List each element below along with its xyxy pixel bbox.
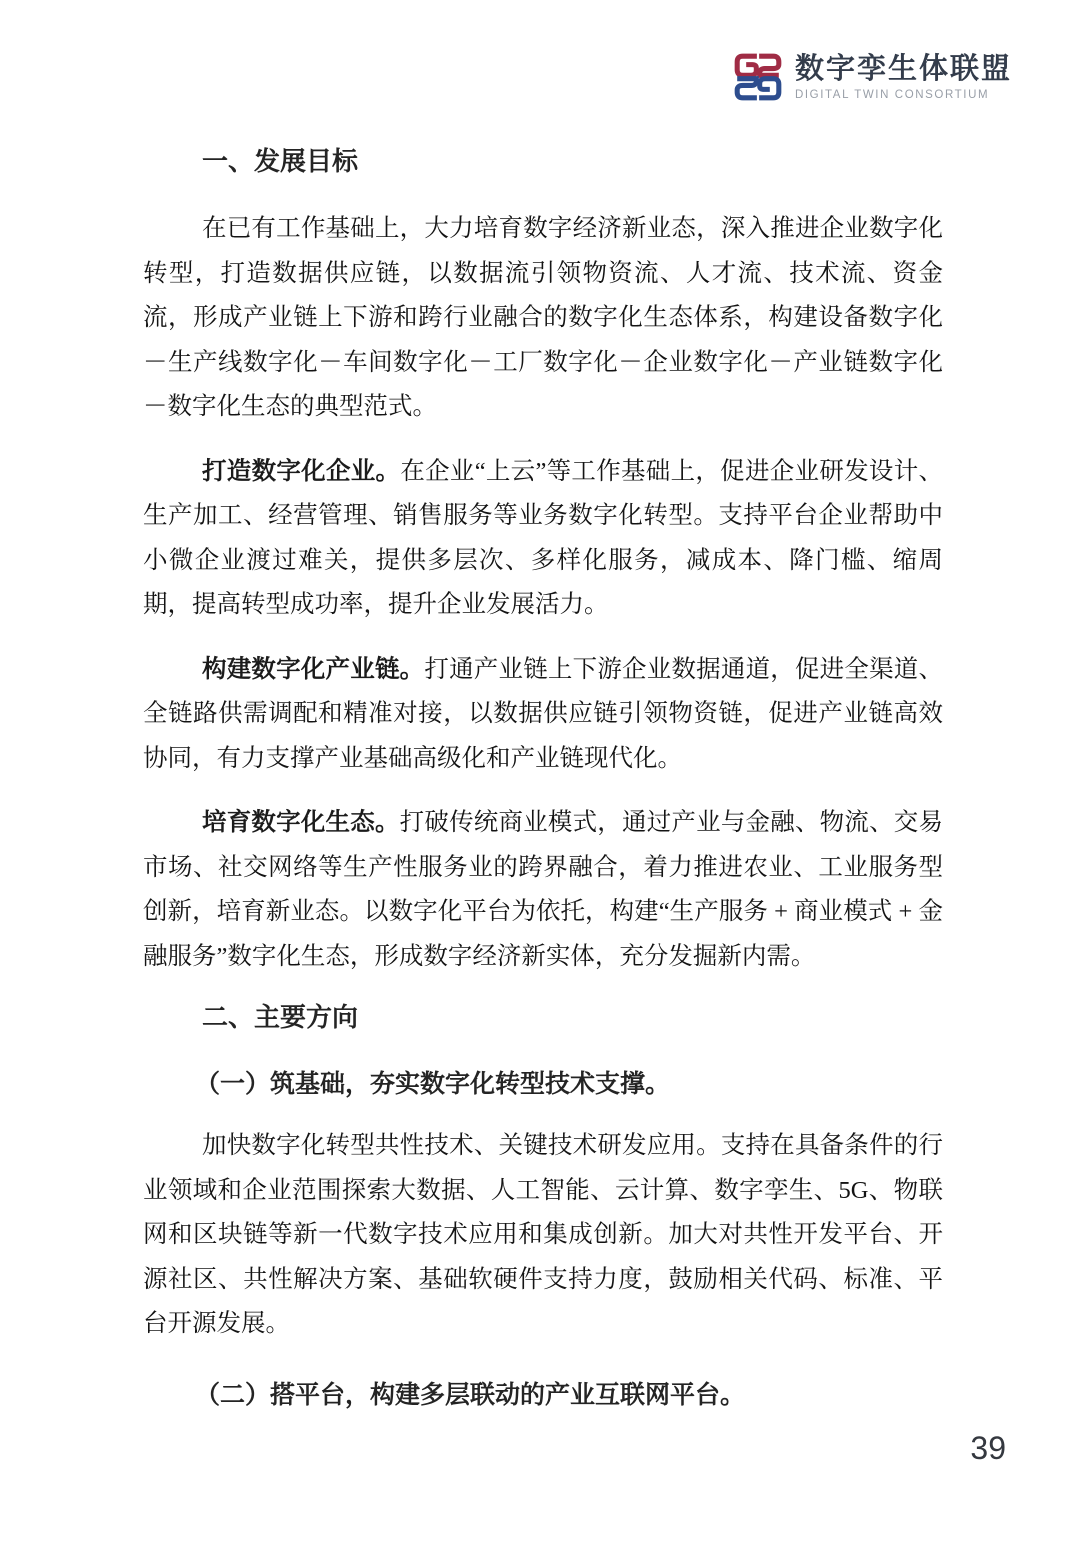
logo-name-en: DIGITAL TWIN CONSORTIUM bbox=[795, 89, 1012, 101]
paragraph-digital-ecosystem: 培育数字化生态。打破传统商业模式，通过产业与金融、物流、交易市场、社交网络等生产… bbox=[143, 801, 943, 979]
paragraph-lead: 打造数字化企业。 bbox=[202, 458, 400, 485]
logo: 数字孪生体联盟 DIGITAL TWIN CONSORTIUM bbox=[731, 50, 1012, 104]
paragraph-digital-enterprise: 打造数字化企业。在企业“上云”等工作基础上，促进企业研发设计、生产加工、经营管理… bbox=[143, 450, 943, 628]
page-number: 39 bbox=[970, 1430, 1006, 1467]
document-page: 数字孪生体联盟 DIGITAL TWIN CONSORTIUM 一、发展目标 在… bbox=[0, 0, 1080, 1555]
subheading-build-foundation: （一）筑基础，夯实数字化转型技术支撑。 bbox=[143, 1066, 943, 1102]
paragraph-digital-industry-chain: 构建数字化产业链。打通产业链上下游企业数据通道，促进全渠道、全链路供需调配和精准… bbox=[143, 648, 943, 782]
paragraph-overview: 在已有工作基础上，大力培育数字经济新业态，深入推进企业数字化转型，打造数据供应链… bbox=[143, 207, 943, 430]
section-heading-development-goals: 一、发展目标 bbox=[143, 143, 943, 179]
digital-twin-logo-icon bbox=[731, 50, 785, 104]
logo-name-cn: 数字孪生体联盟 bbox=[795, 53, 1012, 86]
section-heading-main-directions: 二、主要方向 bbox=[143, 999, 943, 1035]
subheading-build-platform: （二）搭平台，构建多层联动的产业互联网平台。 bbox=[143, 1377, 943, 1413]
paragraph-lead: 培育数字化生态。 bbox=[202, 809, 400, 836]
document-content: 一、发展目标 在已有工作基础上，大力培育数字经济新业态，深入推进企业数字化转型，… bbox=[143, 143, 943, 1413]
paragraph-common-technology: 加快数字化转型共性技术、关键技术研发应用。支持在具备条件的行业领域和企业范围探索… bbox=[143, 1124, 943, 1347]
logo-text: 数字孪生体联盟 DIGITAL TWIN CONSORTIUM bbox=[795, 53, 1012, 100]
paragraph-lead: 构建数字化产业链。 bbox=[202, 656, 424, 683]
